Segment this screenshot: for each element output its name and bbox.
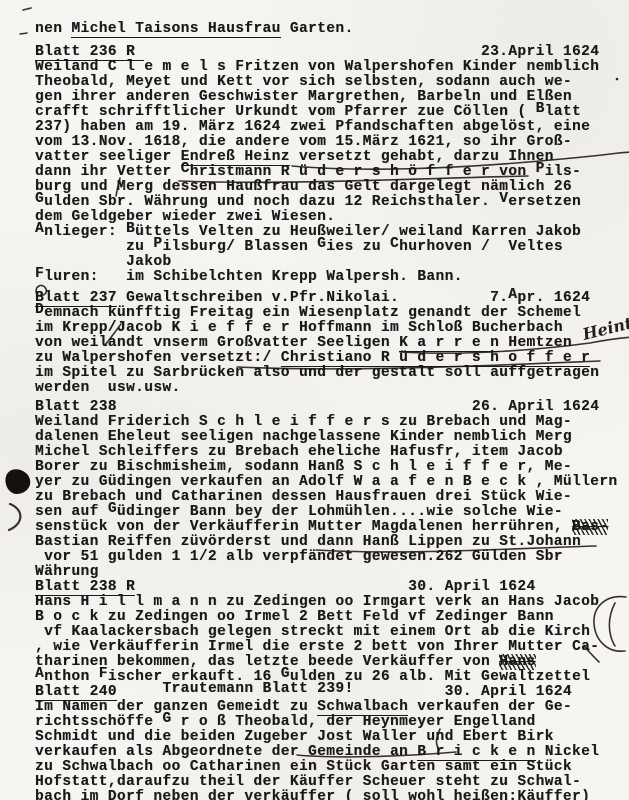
- text-segment: 30. April 1624: [135, 579, 535, 595]
- paragraph-block: Blatt 236 R 23.April 1624Weiland C l e m…: [35, 45, 629, 285]
- text-segment: B: [536, 102, 545, 117]
- document-page: Heintz: [0, 0, 629, 800]
- text-line: von weilandt vnserm Großvatter Seeligen …: [35, 336, 629, 351]
- text-segment: Hans H i l l m a n n zu Zedingen oo Irmg…: [35, 594, 599, 610]
- text-line: nen Michel Taisons Hausfrau Garten.: [35, 22, 629, 37]
- text-segment: Trautemann Blatt 239!: [162, 682, 353, 697]
- text-segment: verkaufen der Ge-: [408, 699, 572, 715]
- text-segment: F: [99, 667, 108, 682]
- text-line: Theobald, Meyet und Kett vor sich selbst…: [35, 75, 629, 90]
- text-line: senstück von der Verkäufferin Mutter Mag…: [35, 520, 629, 535]
- text-line: Blatt 236 R 23.April 1624: [35, 45, 629, 60]
- text-segment: Hemtzen: [499, 335, 572, 351]
- text-line: vom 13.Nov. 1618, die andere vom 15.März…: [35, 135, 629, 150]
- text-segment: Nickel: [536, 744, 600, 760]
- text-segment: richtsschöffe: [35, 714, 162, 730]
- text-segment: von weilandt vnserm Großvatter Seeligen: [35, 335, 399, 351]
- text-segment: üdinger Bann bey der Lohmühlen....wie so…: [117, 504, 563, 520]
- text-segment: versetzt gehabt, darzu Ihnen: [290, 149, 554, 165]
- text-segment: Garten.: [281, 21, 354, 37]
- margin-paren-mark: [9, 504, 20, 530]
- text-segment: A: [508, 288, 517, 303]
- text-line: crafft schrifftlicher Urkundt vom Pfarre…: [35, 105, 629, 120]
- text-line: yer zu Güdingen verkaufen an Adolf W a a…: [35, 475, 629, 490]
- text-line: Weiland Friderich S c h l e i f f e r s …: [35, 415, 629, 430]
- ink-blob: [5, 469, 30, 494]
- text-segment: C: [390, 237, 399, 252]
- text-segment: Weiland C l e m e l s Fritzen von Walper…: [35, 59, 599, 75]
- text-segment: G: [162, 712, 171, 727]
- text-segment: luren: im Schibelchten Krepp Walpersh. B…: [44, 269, 463, 285]
- text-segment: vor 51 gulden 1 1/2 alb verpfändet gewes…: [35, 549, 563, 565]
- text-line: Bastian Reiffen züvörderst und dann Hanß…: [35, 535, 629, 550]
- text-segment: Bastian Reiffen züvörderst und dann Hanß…: [35, 534, 581, 550]
- margin-dash-mark: [23, 8, 31, 10]
- text-segment: G: [281, 667, 290, 682]
- text-line: Währung: [35, 565, 629, 580]
- text-segment: latt: [545, 104, 581, 120]
- text-segment: Blatt 238: [35, 399, 117, 415]
- text-line: dem Geldgeber wieder zwei Wiesen.: [35, 210, 629, 225]
- text-line: Gulden Sbr. Währung und noch dazu 12 Rei…: [35, 195, 629, 210]
- text-segment: dalenen Eheleut seeligen nachgelassene K…: [35, 429, 572, 445]
- text-line: richtsschöffe G r o ß Theobald, der Heyn…: [35, 715, 629, 730]
- text-segment: Michel Taisons Hausfrau: [71, 21, 280, 38]
- text-segment: 30. April 1624: [445, 684, 572, 700]
- text-segment: üttels Velten zu Heußweiler/ weiland Kar…: [135, 224, 581, 240]
- text-segment: emnach künfftig Freitag ein Wiesenplatz …: [44, 305, 581, 321]
- text-segment: nlieger:: [44, 224, 126, 240]
- text-segment: F: [35, 267, 44, 282]
- text-segment: C: [181, 162, 190, 177]
- text-segment: B o c k zu Zedingen oo Irmel 2 Bett Feld…: [35, 609, 554, 625]
- text-segment: Bas-: [572, 519, 608, 535]
- text-segment: hristmann R ü d e r s h ö f f e r von: [190, 164, 536, 180]
- text-segment: im Spitel zu Sarbrücken also und der ges…: [35, 365, 599, 381]
- text-segment: A: [35, 667, 44, 682]
- text-segment: A: [35, 222, 44, 237]
- text-segment: dem Geldgeber wieder zwei Wiesen.: [35, 209, 335, 225]
- text-line: Blatt 240 Trautemann Blatt 239! 30. Apri…: [35, 685, 629, 700]
- text-segment: ulden Sbr. Währung und noch dazu 12 Reic…: [44, 194, 499, 210]
- text-line: burg und Merg dessen Haußfrau das Gelt d…: [35, 180, 629, 195]
- text-line: werden usw.usw.: [35, 381, 629, 396]
- text-segment: pr. 1624: [517, 290, 590, 306]
- text-line: Michel Schleiffers zu Brebach eheliche H…: [35, 445, 629, 460]
- text-line: Schmidt und die beiden Zugeber Jost Wall…: [35, 730, 629, 745]
- text-line: Anlieger: Büttels Velten zu Heußweiler/ …: [35, 225, 629, 240]
- text-segment: Schmidt und die beiden Zugeber Jost Wall…: [35, 729, 554, 745]
- text-segment: ersetzen: [508, 194, 581, 210]
- text-line: zu Pilsburg/ Blassen Gies zu Churhoven /…: [35, 240, 629, 255]
- text-segment: [354, 684, 445, 700]
- text-segment: burg und Merg dessen Haußfrau das Gelt d…: [35, 179, 572, 195]
- text-line: Jakob: [35, 255, 629, 270]
- text-segment: nthon: [44, 669, 99, 685]
- text-segment: r o ß Theobald, der Heynmeyer Engelland: [172, 714, 536, 730]
- text-segment: D: [35, 303, 44, 318]
- text-segment: Im Namen der ganzen Gemeidt zu: [35, 699, 317, 715]
- text-line: , wie Verkäufferin Irmel die erste 2 bet…: [35, 640, 629, 655]
- text-line: zu Walpershofen versetzt:/ Christiano R …: [35, 351, 629, 366]
- text-segment: Theobald, Meyet und Kett vor sich selbst…: [35, 74, 572, 90]
- text-segment: 23.April 1624: [144, 44, 599, 60]
- text-blocks-container: nen Michel Taisons Hausfrau Garten.Blatt…: [35, 22, 629, 800]
- text-segment: B: [126, 222, 135, 237]
- text-segment: [117, 684, 163, 700]
- text-segment: sen auf: [35, 504, 108, 520]
- text-segment: Weiland Friderich S c h l e i f f e r s …: [35, 414, 572, 430]
- text-segment: hurhoven / Veltes: [399, 239, 563, 255]
- text-line: tharinen bekommen, das letzte beede Verk…: [35, 655, 629, 670]
- text-line: 237) haben am 19. März 1624 zwei Pfandsc…: [35, 120, 629, 135]
- text-line: Weiland C l e m e l s Fritzen von Walper…: [35, 60, 629, 75]
- text-line: dalenen Eheleut seeligen nachgelassene K…: [35, 430, 629, 445]
- text-segment: Jakob: [35, 254, 172, 270]
- text-segment: Hans: [499, 654, 535, 670]
- text-line: Blatt 238 26. April 1624: [35, 400, 629, 415]
- text-line: Blatt 238 R 30. April 1624: [35, 580, 629, 595]
- text-line: dann ihr Vetter Christmann R ü d e r s h…: [35, 165, 629, 180]
- text-segment: dann ihr Vetter: [35, 164, 181, 180]
- text-segment: Michel Schleiffers zu Brebach eheliche H…: [35, 444, 563, 460]
- text-segment: zu: [35, 239, 153, 255]
- text-segment: werden usw.usw.: [35, 380, 181, 396]
- margin-dash-mark: [20, 33, 27, 34]
- text-line: sen auf Güdinger Bann bey der Lohmühlen.…: [35, 505, 629, 520]
- text-segment: G: [317, 237, 326, 252]
- paragraph-block: Blatt 237 Gewaltschreiben v.Pfr.Nikolai.…: [35, 291, 629, 396]
- text-line: Blatt 237 Gewaltschreiben v.Pfr.Nikolai.…: [35, 291, 629, 306]
- text-segment: Borer zu Bischmisheim, sodann Hanß S c h…: [35, 459, 572, 475]
- text-segment: V: [499, 192, 508, 207]
- text-segment: P: [153, 237, 162, 252]
- text-line: im Spitel zu Sarbrücken also und der ges…: [35, 366, 629, 381]
- text-line: zu Brebach und Catharinen dessen Hausfra…: [35, 490, 629, 505]
- text-line: Demnach künfftig Freitag ein Wiesenplatz…: [35, 306, 629, 321]
- text-segment: 237) haben am 19. März 1624 zwei Pfandsc…: [35, 119, 590, 135]
- text-line: Fluren: im Schibelchten Krepp Walpersh. …: [35, 270, 629, 285]
- text-segment: ilsburg/ Blassen: [162, 239, 317, 255]
- text-segment: zu Walpershofen versetzt:/: [35, 350, 281, 366]
- text-segment: ies zu: [326, 239, 390, 255]
- text-segment: yer zu Güdingen verkaufen an Adolf W a a…: [35, 474, 618, 490]
- text-segment: ils-: [545, 164, 581, 180]
- text-segment: , wie Verkäufferin Irmel die erste 2 bet…: [35, 639, 599, 655]
- text-line: bach im Dorf neben der verkäuffer ( soll…: [35, 790, 629, 800]
- text-segment: crafft schrifftlicher Urkundt vom Pfarre…: [35, 104, 536, 120]
- text-segment: bach im Dorf neben der verkäuffer ( soll…: [35, 789, 590, 800]
- text-segment: nen: [35, 21, 71, 37]
- text-segment: vatter seeliger: [35, 149, 181, 165]
- text-line: vor 51 gulden 1 1/2 alb verpfändet gewes…: [35, 550, 629, 565]
- text-segment: vf Kaalackersbach gelegen streckt mit ei…: [35, 624, 590, 640]
- text-segment: senstück von der Verkäufferin Mutter Mag…: [35, 519, 572, 535]
- text-segment: verkaufen als Abgeordnete der Gemeinde a…: [35, 744, 417, 760]
- text-line: B o c k zu Zedingen oo Irmel 2 Bett Feld…: [35, 610, 629, 625]
- text-segment: vom 13.Nov. 1618, die andere vom 15.März…: [35, 134, 572, 150]
- text-line: Hofstatt,daraufzu theil der Käuffer Sche…: [35, 775, 629, 790]
- text-line: verkaufen als Abgeordnete der Gemeinde a…: [35, 745, 629, 760]
- text-segment: gen ihrer anderen Geschwister Margrethen…: [35, 89, 572, 105]
- text-line: Im Namen der ganzen Gemeidt zu Schwalbac…: [35, 700, 629, 715]
- text-line: im Krepp/Jacob K i e f f e r Hoffmann im…: [35, 321, 629, 336]
- text-line: vf Kaalackersbach gelegen streckt mit ei…: [35, 625, 629, 640]
- text-segment: G: [35, 192, 44, 207]
- paragraph-block: nen Michel Taisons Hausfrau Garten.: [35, 22, 629, 37]
- paragraph-block: Blatt 238 R 30. April 1624Hans H i l l m…: [35, 580, 629, 685]
- text-line: Hans H i l l m a n n zu Zedingen oo Irmg…: [35, 595, 629, 610]
- text-segment: zu Schwalbach oo Catharinen ein Stück Ga…: [35, 759, 572, 775]
- text-segment: Hofstatt,daraufzu theil der Käuffer Sche…: [35, 774, 581, 790]
- text-line: zu Schwalbach oo Catharinen ein Stück Ga…: [35, 760, 629, 775]
- text-segment: G: [108, 502, 117, 517]
- text-line: Borer zu Bischmisheim, sodann Hanß S c h…: [35, 460, 629, 475]
- paragraph-block: Blatt 238 26. April 1624Weiland Frideric…: [35, 400, 629, 580]
- text-segment: 26. April 1624: [117, 399, 599, 415]
- paragraph-block: Blatt 240 Trautemann Blatt 239! 30. Apri…: [35, 685, 629, 800]
- text-segment: Währung: [35, 564, 99, 580]
- text-segment: P: [536, 162, 545, 177]
- text-segment: im Krepp/Jacob K i e f f e r Hoffmann im…: [35, 320, 563, 336]
- text-segment: Gewaltschreiben v.Pfr.Nikolai. 7.: [117, 290, 508, 306]
